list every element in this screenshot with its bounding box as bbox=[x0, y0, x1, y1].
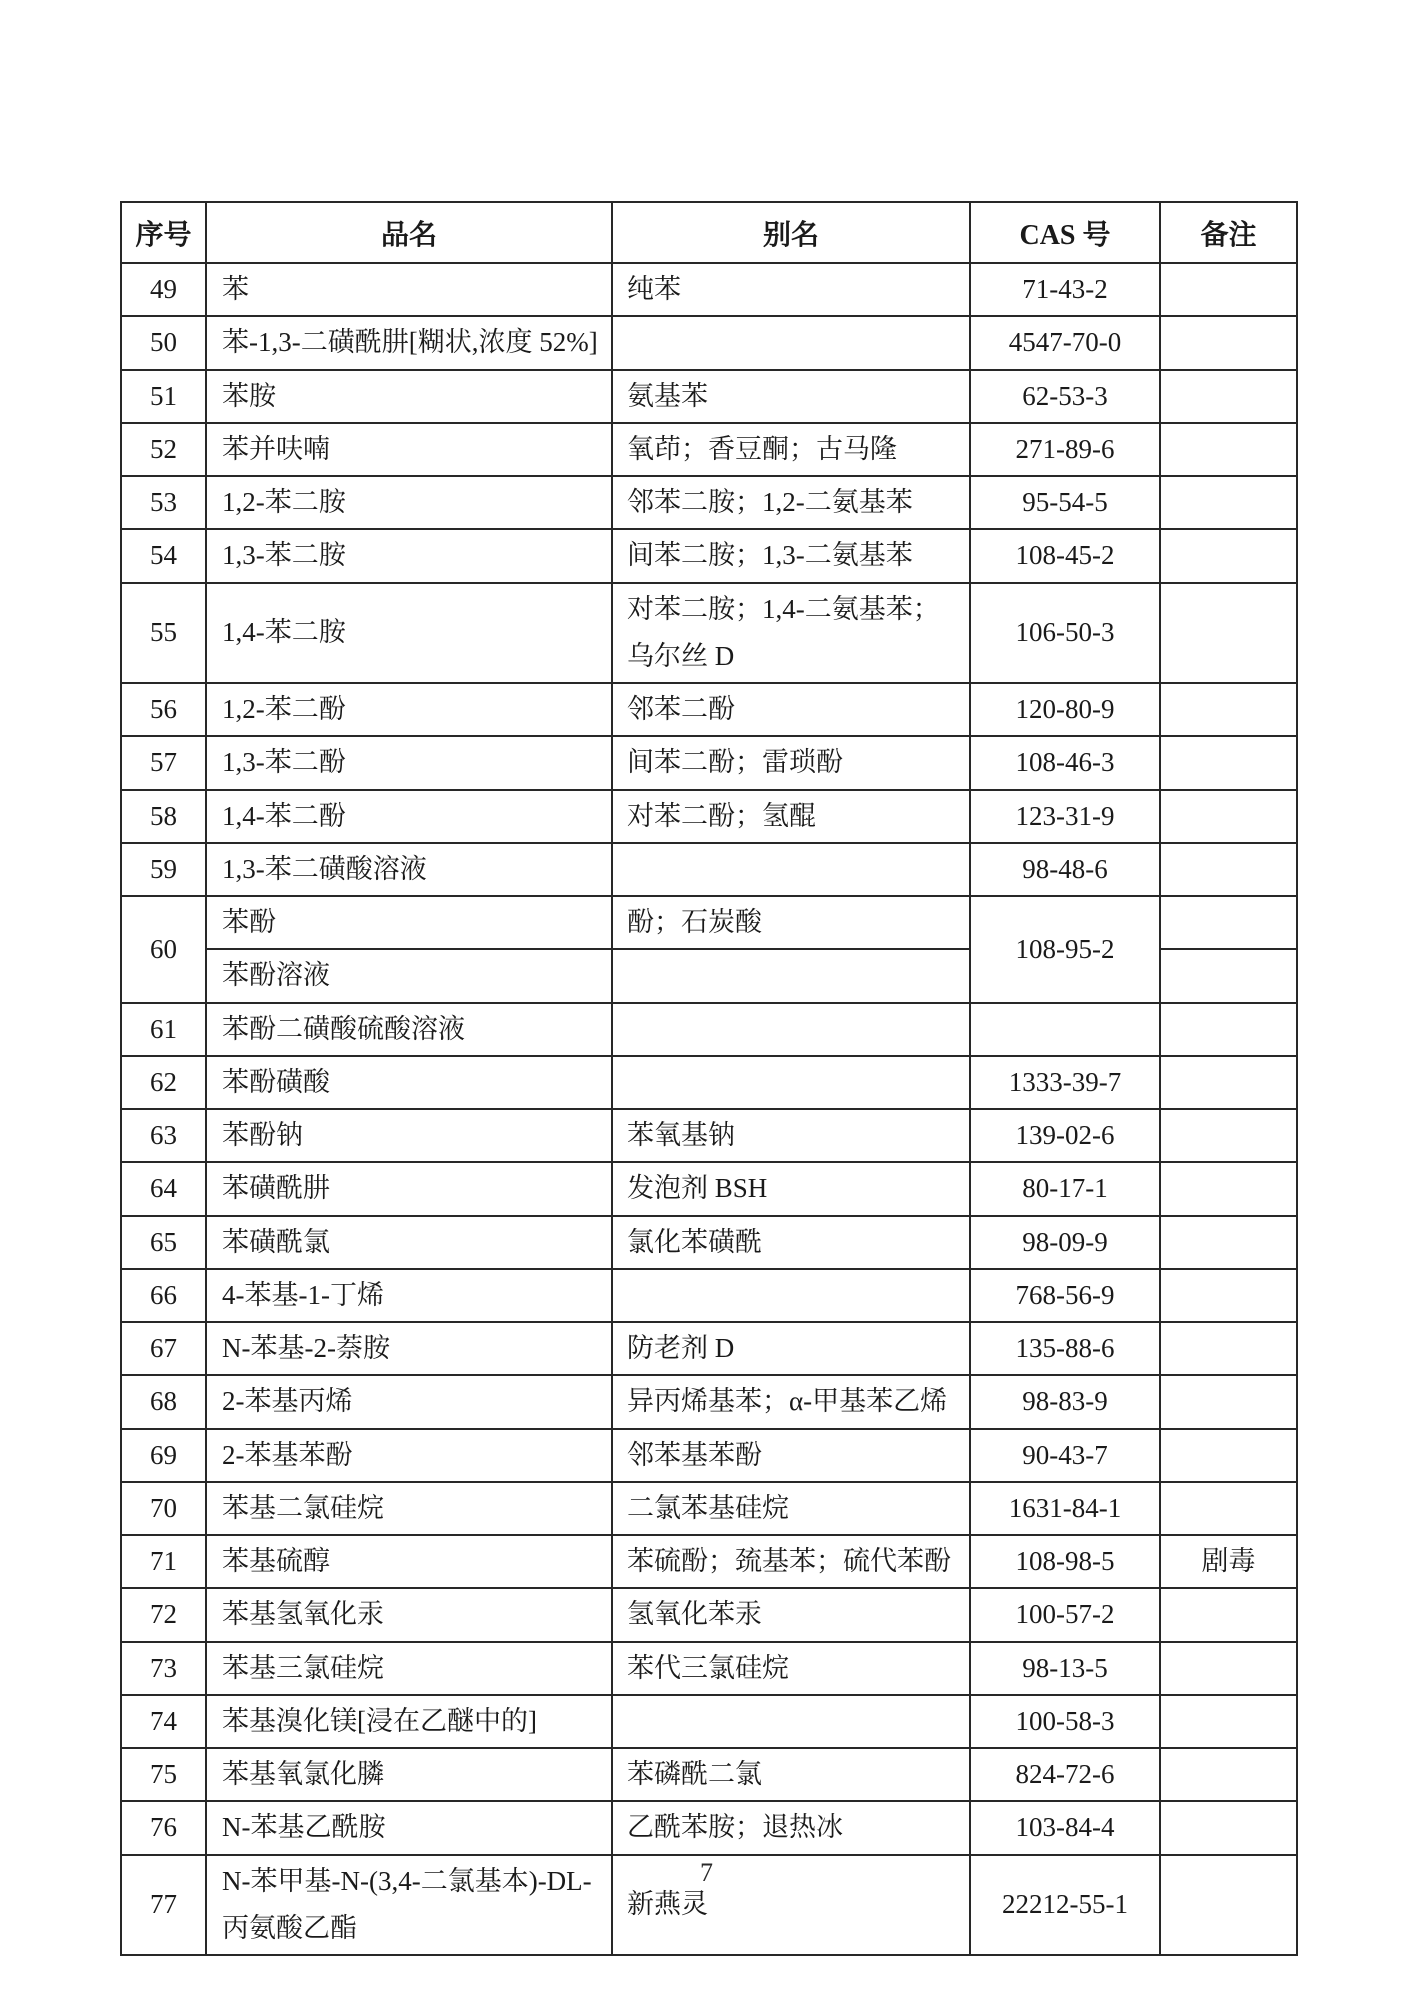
cell-name: 1,3-苯二酚 bbox=[206, 736, 612, 789]
cell-no: 60 bbox=[121, 896, 206, 1003]
cell-note bbox=[1160, 1588, 1297, 1641]
cell-note bbox=[1160, 1748, 1297, 1801]
cell-note bbox=[1160, 583, 1297, 684]
table-row-49: 49苯纯苯71-43-2 bbox=[121, 263, 1297, 316]
cell-no: 66 bbox=[121, 1269, 206, 1322]
cell-alias: 防老剂 D bbox=[612, 1322, 970, 1375]
col-header-cas: CAS 号 bbox=[970, 202, 1160, 263]
cell-no: 67 bbox=[121, 1322, 206, 1375]
table-row-61: 61苯酚二磺酸硫酸溶液 bbox=[121, 1003, 1297, 1056]
cell-note bbox=[1160, 476, 1297, 529]
cell-note bbox=[1160, 1216, 1297, 1269]
cell-note bbox=[1160, 263, 1297, 316]
cell-note bbox=[1160, 1482, 1297, 1535]
cell-name: 苯-1,3-二磺酰肼[糊状,浓度 52%] bbox=[206, 316, 612, 369]
cell-alias bbox=[612, 1269, 970, 1322]
cell-name: 2-苯基丙烯 bbox=[206, 1375, 612, 1428]
cell-name: 苯并呋喃 bbox=[206, 423, 612, 476]
cell-cas: 768-56-9 bbox=[970, 1269, 1160, 1322]
cell-cas: 108-46-3 bbox=[970, 736, 1160, 789]
cell-no: 75 bbox=[121, 1748, 206, 1801]
cell-alias: 对苯二酚；氢醌 bbox=[612, 790, 970, 843]
cell-name: 苯酚二磺酸硫酸溶液 bbox=[206, 1003, 612, 1056]
cell-name: 苯酚钠 bbox=[206, 1109, 612, 1162]
cell-note bbox=[1160, 1003, 1297, 1056]
cell-no: 56 bbox=[121, 683, 206, 736]
cell-alias: 间苯二胺；1,3-二氨基苯 bbox=[612, 529, 970, 582]
table-row-53: 531,2-苯二胺邻苯二胺；1,2-二氨基苯95-54-5 bbox=[121, 476, 1297, 529]
cell-cas: 98-83-9 bbox=[970, 1375, 1160, 1428]
table-row-57: 571,3-苯二酚间苯二酚；雷琐酚108-46-3 bbox=[121, 736, 1297, 789]
cell-cas: 103-84-4 bbox=[970, 1801, 1160, 1854]
table-row-73: 73苯基三氯硅烷苯代三氯硅烷98-13-5 bbox=[121, 1642, 1297, 1695]
cell-cas: 108-45-2 bbox=[970, 529, 1160, 582]
cell-no: 76 bbox=[121, 1801, 206, 1854]
cell-name: 1,3-苯二磺酸溶液 bbox=[206, 843, 612, 896]
cell-note bbox=[1160, 1375, 1297, 1428]
table-row-56: 561,2-苯二酚邻苯二酚120-80-9 bbox=[121, 683, 1297, 736]
cell-note bbox=[1160, 316, 1297, 369]
cell-alias: 苯氧基钠 bbox=[612, 1109, 970, 1162]
cell-name: 1,3-苯二胺 bbox=[206, 529, 612, 582]
table-row-50: 50苯-1,3-二磺酰肼[糊状,浓度 52%]4547-70-0 bbox=[121, 316, 1297, 369]
table-row-76: 76N-苯基乙酰胺乙酰苯胺；退热冰103-84-4 bbox=[121, 1801, 1297, 1854]
cell-cas: 98-48-6 bbox=[970, 843, 1160, 896]
cell-alias: 邻苯二胺；1,2-二氨基苯 bbox=[612, 476, 970, 529]
cell-no: 64 bbox=[121, 1162, 206, 1215]
cell-name: 苯基氧氯化膦 bbox=[206, 1748, 612, 1801]
table-header-row: 序号 品名 别名 CAS 号 备注 bbox=[121, 202, 1297, 263]
cell-name: 苯胺 bbox=[206, 370, 612, 423]
table-row-64: 64苯磺酰肼发泡剂 BSH80-17-1 bbox=[121, 1162, 1297, 1215]
cell-alias: 发泡剂 BSH bbox=[612, 1162, 970, 1215]
table-row-68: 682-苯基丙烯异丙烯基苯；α-甲基苯乙烯98-83-9 bbox=[121, 1375, 1297, 1428]
cell-name: 苯磺酰氯 bbox=[206, 1216, 612, 1269]
cell-alias: 苯硫酚；巯基苯；硫代苯酚 bbox=[612, 1535, 970, 1588]
table-row-60: 60苯酚酚；石炭酸108-95-2 bbox=[121, 896, 1297, 949]
cell-no: 58 bbox=[121, 790, 206, 843]
cell-alias bbox=[612, 1003, 970, 1056]
cell-no: 65 bbox=[121, 1216, 206, 1269]
cell-no: 62 bbox=[121, 1056, 206, 1109]
cell-name: 苯基二氯硅烷 bbox=[206, 1482, 612, 1535]
cell-no: 51 bbox=[121, 370, 206, 423]
cell-no: 63 bbox=[121, 1109, 206, 1162]
cell-cas: 824-72-6 bbox=[970, 1748, 1160, 1801]
col-header-note: 备注 bbox=[1160, 202, 1297, 263]
cell-alias: 邻苯基苯酚 bbox=[612, 1429, 970, 1482]
table-row-58: 581,4-苯二酚对苯二酚；氢醌123-31-9 bbox=[121, 790, 1297, 843]
cell-no: 70 bbox=[121, 1482, 206, 1535]
cell-cas: 4547-70-0 bbox=[970, 316, 1160, 369]
table-row-59: 591,3-苯二磺酸溶液98-48-6 bbox=[121, 843, 1297, 896]
cell-note bbox=[1160, 949, 1297, 1002]
col-header-no: 序号 bbox=[121, 202, 206, 263]
cell-alias bbox=[612, 949, 970, 1002]
cell-note: 剧毒 bbox=[1160, 1535, 1297, 1588]
cell-alias: 异丙烯基苯；α-甲基苯乙烯 bbox=[612, 1375, 970, 1428]
cell-alias bbox=[612, 316, 970, 369]
cell-cas: 120-80-9 bbox=[970, 683, 1160, 736]
document-page: 序号 品名 别名 CAS 号 备注 49苯纯苯71-43-250苯-1,3-二磺… bbox=[0, 0, 1413, 2000]
cell-note bbox=[1160, 1322, 1297, 1375]
table-row-71: 71苯基硫醇苯硫酚；巯基苯；硫代苯酚108-98-5剧毒 bbox=[121, 1535, 1297, 1588]
cell-name: 1,2-苯二酚 bbox=[206, 683, 612, 736]
cell-cas: 98-13-5 bbox=[970, 1642, 1160, 1695]
cell-cas: 106-50-3 bbox=[970, 583, 1160, 684]
table-row-72: 72苯基氢氧化汞氢氧化苯汞100-57-2 bbox=[121, 1588, 1297, 1641]
cell-alias: 对苯二胺；1,4-二氨基苯；乌尔丝 D bbox=[612, 583, 970, 684]
cell-cas bbox=[970, 1003, 1160, 1056]
cell-alias: 苯磷酰二氯 bbox=[612, 1748, 970, 1801]
table-row-70: 70苯基二氯硅烷二氯苯基硅烷1631-84-1 bbox=[121, 1482, 1297, 1535]
page-number: 7 bbox=[0, 1858, 1413, 1888]
table-row-55: 551,4-苯二胺对苯二胺；1,4-二氨基苯；乌尔丝 D106-50-3 bbox=[121, 583, 1297, 684]
cell-no: 53 bbox=[121, 476, 206, 529]
cell-no: 49 bbox=[121, 263, 206, 316]
cell-note bbox=[1160, 370, 1297, 423]
cell-alias bbox=[612, 1056, 970, 1109]
cell-cas: 98-09-9 bbox=[970, 1216, 1160, 1269]
table-row-52: 52苯并呋喃氧茚；香豆酮；古马隆271-89-6 bbox=[121, 423, 1297, 476]
cell-note bbox=[1160, 683, 1297, 736]
cell-cas: 1631-84-1 bbox=[970, 1482, 1160, 1535]
cell-note bbox=[1160, 1429, 1297, 1482]
cell-cas: 123-31-9 bbox=[970, 790, 1160, 843]
cell-cas: 100-57-2 bbox=[970, 1588, 1160, 1641]
cell-name: 苯基三氯硅烷 bbox=[206, 1642, 612, 1695]
cell-note bbox=[1160, 1642, 1297, 1695]
cell-no: 69 bbox=[121, 1429, 206, 1482]
cell-name: 苯酚 bbox=[206, 896, 612, 949]
cell-note bbox=[1160, 1801, 1297, 1854]
cell-note bbox=[1160, 790, 1297, 843]
cell-name: 1,4-苯二酚 bbox=[206, 790, 612, 843]
cell-cas: 108-95-2 bbox=[970, 896, 1160, 1003]
cell-alias: 氯化苯磺酰 bbox=[612, 1216, 970, 1269]
cell-cas: 62-53-3 bbox=[970, 370, 1160, 423]
cell-no: 61 bbox=[121, 1003, 206, 1056]
cell-name: 苯 bbox=[206, 263, 612, 316]
col-header-alias: 别名 bbox=[612, 202, 970, 263]
cell-no: 52 bbox=[121, 423, 206, 476]
cell-name: 苯基氢氧化汞 bbox=[206, 1588, 612, 1641]
cell-no: 55 bbox=[121, 583, 206, 684]
table-row-63: 63苯酚钠苯氧基钠139-02-6 bbox=[121, 1109, 1297, 1162]
cell-name: 苯基溴化镁[浸在乙醚中的] bbox=[206, 1695, 612, 1748]
cell-no: 71 bbox=[121, 1535, 206, 1588]
cell-name: 苯酚磺酸 bbox=[206, 1056, 612, 1109]
col-header-name: 品名 bbox=[206, 202, 612, 263]
cell-name: 4-苯基-1-丁烯 bbox=[206, 1269, 612, 1322]
cell-note bbox=[1160, 1056, 1297, 1109]
cell-cas: 90-43-7 bbox=[970, 1429, 1160, 1482]
cell-alias: 二氯苯基硅烷 bbox=[612, 1482, 970, 1535]
cell-alias: 乙酰苯胺；退热冰 bbox=[612, 1801, 970, 1854]
cell-cas: 271-89-6 bbox=[970, 423, 1160, 476]
cell-no: 59 bbox=[121, 843, 206, 896]
cell-no: 50 bbox=[121, 316, 206, 369]
table-row-66: 664-苯基-1-丁烯768-56-9 bbox=[121, 1269, 1297, 1322]
cell-cas: 1333-39-7 bbox=[970, 1056, 1160, 1109]
cell-alias: 苯代三氯硅烷 bbox=[612, 1642, 970, 1695]
cell-note bbox=[1160, 896, 1297, 949]
cell-name: 1,2-苯二胺 bbox=[206, 476, 612, 529]
cell-note bbox=[1160, 1269, 1297, 1322]
cell-note bbox=[1160, 1162, 1297, 1215]
cell-alias: 氧茚；香豆酮；古马隆 bbox=[612, 423, 970, 476]
table-row-65: 65苯磺酰氯氯化苯磺酰98-09-9 bbox=[121, 1216, 1297, 1269]
table-row-75: 75苯基氧氯化膦苯磷酰二氯824-72-6 bbox=[121, 1748, 1297, 1801]
cell-no: 73 bbox=[121, 1642, 206, 1695]
cell-name: N-苯基乙酰胺 bbox=[206, 1801, 612, 1854]
cell-alias: 邻苯二酚 bbox=[612, 683, 970, 736]
cell-name: 2-苯基苯酚 bbox=[206, 1429, 612, 1482]
cell-name: 苯基硫醇 bbox=[206, 1535, 612, 1588]
cell-alias bbox=[612, 1695, 970, 1748]
cell-name: 苯酚溶液 bbox=[206, 949, 612, 1002]
cell-alias: 氨基苯 bbox=[612, 370, 970, 423]
cell-note bbox=[1160, 529, 1297, 582]
cell-alias: 间苯二酚；雷琐酚 bbox=[612, 736, 970, 789]
table-row-54: 541,3-苯二胺间苯二胺；1,3-二氨基苯108-45-2 bbox=[121, 529, 1297, 582]
cell-alias: 酚；石炭酸 bbox=[612, 896, 970, 949]
cell-alias bbox=[612, 843, 970, 896]
cell-no: 74 bbox=[121, 1695, 206, 1748]
table-row-51: 51苯胺氨基苯62-53-3 bbox=[121, 370, 1297, 423]
cell-cas: 135-88-6 bbox=[970, 1322, 1160, 1375]
cell-name: 1,4-苯二胺 bbox=[206, 583, 612, 684]
table-row-62: 62苯酚磺酸1333-39-7 bbox=[121, 1056, 1297, 1109]
cell-no: 54 bbox=[121, 529, 206, 582]
cell-no: 72 bbox=[121, 1588, 206, 1641]
cell-no: 68 bbox=[121, 1375, 206, 1428]
table-row-69: 692-苯基苯酚邻苯基苯酚90-43-7 bbox=[121, 1429, 1297, 1482]
cell-name: N-苯基-2-萘胺 bbox=[206, 1322, 612, 1375]
cell-alias: 氢氧化苯汞 bbox=[612, 1588, 970, 1641]
cell-cas: 71-43-2 bbox=[970, 263, 1160, 316]
cell-no: 57 bbox=[121, 736, 206, 789]
cell-alias: 纯苯 bbox=[612, 263, 970, 316]
cell-cas: 108-98-5 bbox=[970, 1535, 1160, 1588]
table-row-74: 74苯基溴化镁[浸在乙醚中的]100-58-3 bbox=[121, 1695, 1297, 1748]
cell-cas: 95-54-5 bbox=[970, 476, 1160, 529]
cell-cas: 139-02-6 bbox=[970, 1109, 1160, 1162]
table-row-67: 67N-苯基-2-萘胺防老剂 D135-88-6 bbox=[121, 1322, 1297, 1375]
cell-name: 苯磺酰肼 bbox=[206, 1162, 612, 1215]
cell-note bbox=[1160, 843, 1297, 896]
chemicals-table: 序号 品名 别名 CAS 号 备注 49苯纯苯71-43-250苯-1,3-二磺… bbox=[120, 201, 1298, 1956]
cell-note bbox=[1160, 1695, 1297, 1748]
cell-note bbox=[1160, 423, 1297, 476]
cell-cas: 80-17-1 bbox=[970, 1162, 1160, 1215]
cell-cas: 100-58-3 bbox=[970, 1695, 1160, 1748]
cell-note bbox=[1160, 736, 1297, 789]
cell-note bbox=[1160, 1109, 1297, 1162]
